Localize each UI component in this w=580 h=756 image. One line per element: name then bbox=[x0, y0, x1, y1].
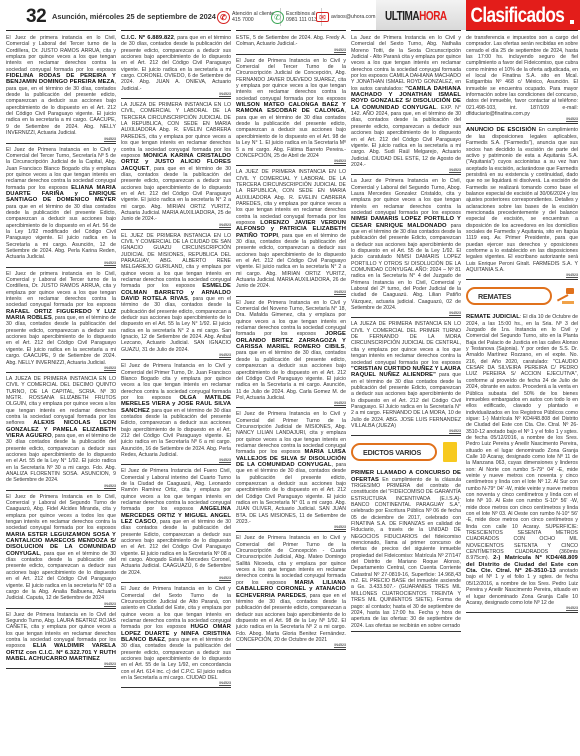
ad-code: IN4523 bbox=[334, 48, 346, 53]
classifieds-columns: El Juez de primera instancia en lo Civil… bbox=[6, 30, 578, 754]
ad-body-text: El Juez de Primera Instancia en lo Civil… bbox=[236, 535, 346, 585]
classified-ad: PRIMER LLAMADO A CONCURSO DE OFERTAS En … bbox=[351, 469, 461, 632]
ad-body-text: LA JUEZ DE PRIMERA INSTANCIA EN LO CIVIL… bbox=[236, 169, 346, 226]
ad-code: IN4523 bbox=[334, 401, 346, 406]
ad-body-text: LA JUEZA DE PRIMERA INSTANCIA EN LO CIVI… bbox=[121, 102, 231, 159]
classified-ad: El Juez de Primera Instancia en lo Civil… bbox=[236, 410, 346, 532]
ad-body-text: , para que en el término de 30 días, con… bbox=[236, 233, 346, 290]
ad-code: IN4523 bbox=[104, 602, 116, 607]
classified-ad: C.I.C. Nº 6.889.822, para que en el térm… bbox=[121, 34, 231, 99]
ad-code: IN4523 bbox=[566, 117, 578, 122]
ad-body-text: , para que en el término de 30 días, con… bbox=[121, 166, 231, 223]
classified-ad: El Juez de Primera Instancia en lo Civil… bbox=[6, 493, 116, 609]
ad-code: IN4523 bbox=[334, 643, 346, 648]
section-banner-remates: REMATES bbox=[466, 284, 578, 308]
ad-body-text: El Juez de Primera Instancia en lo Civil… bbox=[6, 494, 116, 532]
ad-body-text: para que en el término de 30 días contad… bbox=[6, 204, 116, 261]
classified-ad: El Juez de Primera Instancia en lo Civil… bbox=[6, 146, 116, 268]
ad-code: IN4523 bbox=[219, 223, 231, 228]
classified-ad: LA JUEZA DE PRIMERA INSTANCIA EN LO CIVI… bbox=[6, 375, 116, 491]
ad-body-text: En cumplimiento de la cláusula TRIGESIMO… bbox=[351, 477, 461, 629]
classified-ad: El Juez de primera instancia en lo Civil… bbox=[6, 34, 116, 144]
newspaper-logo: ULTIMAHORA bbox=[385, 9, 447, 23]
ad-highlight-text: ANUNCIO DE ESCISIÓN bbox=[466, 127, 536, 133]
ad-body-text: : El día 10 de Octubre de 2024, a las 15… bbox=[466, 314, 578, 561]
contact-value: 0981 111 013 bbox=[286, 17, 317, 23]
ad-code: IN4523 bbox=[219, 92, 231, 97]
column-1: El Juez de primera instancia en lo Civil… bbox=[6, 30, 116, 754]
ad-code: IN4523 bbox=[219, 681, 231, 686]
section-banner-edictos-varios: EDICTOS VARIOS bbox=[351, 440, 461, 464]
contact-value: avisos@uhora.com.py bbox=[331, 14, 382, 20]
ad-code: IN4523 bbox=[566, 273, 578, 278]
ad-highlight-text: WILSON MATEO CALONGA BAEZ Y RAMONA ESCOB… bbox=[236, 102, 346, 114]
ad-body-text: En cumplimiento de las disposiciones leg… bbox=[466, 127, 578, 273]
column-4: La Juez de Primera Instancia en lo Civil… bbox=[351, 30, 461, 754]
ad-code: IN4523 bbox=[219, 576, 231, 581]
ad-code: IN4523 bbox=[449, 168, 461, 173]
ad-code: IN4523 bbox=[334, 159, 346, 164]
gavel-icon bbox=[556, 288, 574, 304]
ad-body-text: para que en el término de 30 días contad… bbox=[121, 408, 231, 458]
ad-body-text: , para que en el término de 30 días, con… bbox=[121, 35, 231, 92]
classified-ad: El Juez de primera instancia en lo Civil… bbox=[6, 270, 116, 373]
ad-code: IN4523 bbox=[219, 353, 231, 358]
page-number: 32 bbox=[26, 6, 46, 28]
ad-body-text: El Juez de primera instancia en lo Civil… bbox=[6, 35, 116, 73]
document-icon bbox=[443, 442, 457, 462]
classified-ad: REMATE JUDICIAL: El día 10 de Octubre de… bbox=[466, 313, 578, 613]
whatsapp-icon: ✆ bbox=[271, 11, 284, 24]
ad-body-text: para que en el término de 30 días contad… bbox=[351, 372, 461, 429]
classified-ad: El Juez de Primera Instancia en lo Civil… bbox=[236, 534, 346, 650]
column-3: ESTE, 5 de Setiembre de 2024. Abg. Fredy… bbox=[236, 30, 346, 754]
ad-code: IN4523 bbox=[334, 525, 346, 530]
ad-body-text: de transferencia e impuestos son a cargo… bbox=[466, 35, 578, 117]
ad-highlight-text: FIDELINA RODAS DE PEREIRA Y BENJAMIN DOM… bbox=[6, 73, 116, 85]
ad-body-text: , para que, en el término de 30 días, co… bbox=[6, 315, 116, 365]
ad-body-text: ESTE, 5 de Setiembre de 2024. Abg. Fredy… bbox=[236, 35, 346, 47]
mail-icon: ✉ bbox=[316, 12, 329, 22]
ad-body-text: El Juez de Primera Instancia en lo Civil… bbox=[236, 58, 346, 102]
classified-ad: EL JUEZ DE PRIMERA INSTANCIA EN LO CIVIL… bbox=[121, 232, 231, 361]
ad-code: IN4523 bbox=[104, 261, 116, 266]
ad-body-text: anotado bajo el Nº 1 y el folio 1 y sgte… bbox=[466, 568, 578, 606]
ad-code: IN4523 bbox=[449, 311, 461, 316]
classified-ad: La Juez de Primera Instancia en lo Civil… bbox=[351, 177, 461, 318]
contact-value: 415 7000 bbox=[232, 17, 254, 23]
ad-code: IN4523 bbox=[219, 458, 231, 463]
classified-ad: El Juez de Primera Instancia en lo Civil… bbox=[121, 585, 231, 688]
ad-body-text: LA JUEZA DE PRIMERA INSTANCIA EN LO CIVI… bbox=[6, 376, 116, 426]
title-dot bbox=[570, 20, 574, 24]
ad-body-text: para que en el término de 30 días contad… bbox=[351, 223, 461, 311]
section-label: EDICTOS VARIOS bbox=[351, 443, 437, 461]
ad-body-text: LA JUEZA DE PRIMERA INSTANCIA EN LO CIVI… bbox=[351, 321, 461, 365]
ad-body-text: El Juez de primera instancia en lo Civil… bbox=[6, 271, 116, 309]
column-5: de transferencia e impuestos son a cargo… bbox=[466, 30, 578, 754]
classified-ad: El Juez de Primera Instancia en lo Civil… bbox=[236, 57, 346, 167]
ad-highlight-text: REMATE JUDICIAL bbox=[466, 314, 520, 320]
ad-body-text: , para que en el término de 30 días, con… bbox=[121, 637, 231, 681]
classified-ad: LA JUEZA DE PRIMERA INSTANCIA EN LO CIVI… bbox=[121, 101, 231, 230]
classified-ad: El Juez de Primera Instancia del Fuero C… bbox=[121, 467, 231, 583]
contact-whatsapp[interactable]: ✆ Escribinos al0981 111 013 bbox=[271, 8, 322, 26]
ad-body-text: La Juez de Primera Instancia en lo Civil… bbox=[351, 178, 461, 216]
ad-body-text: , para que en el término de 30 días, con… bbox=[236, 462, 346, 525]
ad-highlight-text: C.I.C. Nº 6.889.822 bbox=[121, 35, 174, 41]
ad-body-text: La Juez de Primera Instancia en lo Civil… bbox=[351, 35, 461, 92]
ad-body-text: , para que en el término de 30 días cont… bbox=[6, 551, 116, 601]
ad-body-text: EL JUEZ DE PRIMERA INSTANCIA EN LO CIVIL… bbox=[121, 233, 231, 290]
issue-date: Asunción, miércoles 25 de septiembre de … bbox=[52, 12, 216, 21]
page-header: 32 Asunción, miércoles 25 de septiembre … bbox=[0, 0, 580, 30]
ad-body-text: , para que en el término de 30 días, con… bbox=[121, 296, 231, 353]
ad-code: IN4523 bbox=[104, 366, 116, 371]
ad-highlight-text: NIMSI DAMARIS LOPEZ PORTILLO Y CESAR ENR… bbox=[351, 216, 461, 228]
column-2: C.I.C. Nº 6.889.822, para que en el térm… bbox=[121, 30, 231, 754]
classified-ad: El Juez de Primera Instancia en lo Civil… bbox=[121, 362, 231, 465]
ad-body-text: , para que, en el término de 30 días con… bbox=[6, 433, 116, 483]
ad-code: IN4523 bbox=[104, 484, 116, 489]
ad-body-text: , para que en el término de 30 días cont… bbox=[236, 108, 346, 158]
classified-ad: ANUNCIO DE ESCISIÓN En cumplimiento de l… bbox=[466, 126, 578, 280]
classified-ad: El Juez de Primera Instancia en lo Civil… bbox=[6, 611, 116, 670]
ad-body-text: , para que en el término de 30 días, con… bbox=[236, 344, 346, 401]
ad-code: IN4523 bbox=[334, 290, 346, 295]
classified-ad: ESTE, 5 de Setiembre de 2024. Abg. Fredy… bbox=[236, 34, 346, 55]
classified-ad: LA JUEZ DE PRIMERA INSTANCIA EN LO CIVIL… bbox=[236, 168, 346, 297]
classified-ad: LA JUEZA DE PRIMERA INSTANCIA EN LO CIVI… bbox=[351, 320, 461, 436]
ad-code: IN4523 bbox=[104, 137, 116, 142]
ad-body-text: , para que, en el término de 30 días, co… bbox=[6, 79, 116, 136]
classified-ad: El Juez de Primera Instancia en lo Civil… bbox=[236, 299, 346, 409]
ad-code: IN4523 bbox=[566, 606, 578, 611]
ad-body-text: . EXP. N° 142. AÑO 2024, para que, en el… bbox=[351, 105, 461, 168]
ad-code: IN4523 bbox=[449, 429, 461, 434]
classified-ad: de transferencia e impuestos son a cargo… bbox=[466, 34, 578, 124]
ad-body-text: , para que en el término de 30 días cont… bbox=[121, 519, 231, 576]
section-label: REMATES bbox=[466, 287, 552, 305]
classified-ad: La Juez de Primera Instancia en lo Civil… bbox=[351, 34, 461, 175]
ad-code: IN4523 bbox=[104, 662, 116, 667]
ad-body-text: , para que en el término de 30 días, con… bbox=[236, 593, 346, 643]
section-title: Clasificados bbox=[470, 4, 564, 28]
phone-icon: ✆ bbox=[217, 11, 230, 24]
